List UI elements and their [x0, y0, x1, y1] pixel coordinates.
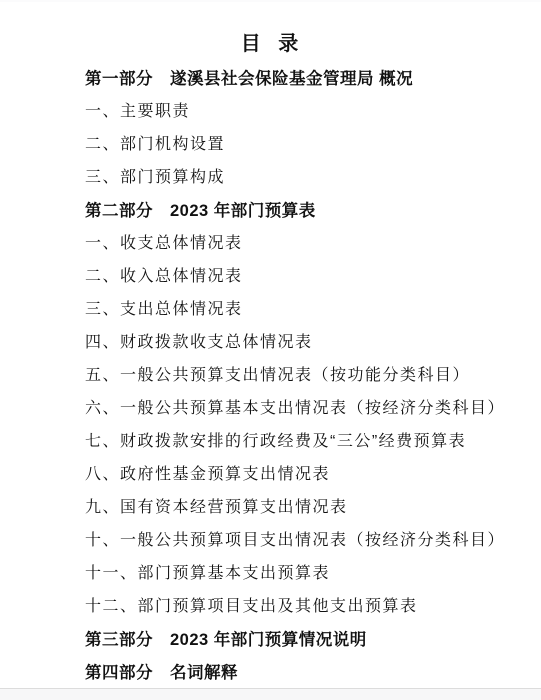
toc-part-heading: 第三部分 2023 年部门预算情况说明	[0, 621, 541, 654]
toc-title: 目 录	[0, 27, 541, 56]
toc-item: 四、财政拨款收支总体情况表	[0, 324, 541, 357]
toc-part-heading: 第四部分 名词解释	[0, 654, 541, 687]
toc-item: 一、收支总体情况表	[0, 225, 541, 258]
toc-item: 八、政府性基金预算支出情况表	[0, 456, 541, 489]
document-page: 目 录 第一部分 遂溪县社会保险基金管理局 概况一、主要职责二、部门机构设置三、…	[0, 0, 541, 700]
toc-item: 二、收入总体情况表	[0, 258, 541, 291]
toc-part-heading: 第二部分 2023 年部门预算表	[0, 192, 541, 225]
toc-item: 十一、部门预算基本支出预算表	[0, 555, 541, 588]
toc-list: 第一部分 遂溪县社会保险基金管理局 概况一、主要职责二、部门机构设置三、部门预算…	[0, 60, 541, 687]
toc-item: 二、部门机构设置	[0, 126, 541, 159]
toc-part-heading: 第一部分 遂溪县社会保险基金管理局 概况	[0, 60, 541, 93]
toc-item: 一、主要职责	[0, 93, 541, 126]
toc-item: 十、一般公共预算项目支出情况表（按经济分类科目）	[0, 522, 541, 555]
toc-item: 三、部门预算构成	[0, 159, 541, 192]
toc-item: 六、一般公共预算基本支出情况表（按经济分类科目）	[0, 390, 541, 423]
toc-item: 十二、部门预算项目支出及其他支出预算表	[0, 588, 541, 621]
toc-item: 七、财政拨款安排的行政经费及“三公”经费预算表	[0, 423, 541, 456]
page-top-edge	[0, 0, 541, 2]
toc-item: 五、一般公共预算支出情况表（按功能分类科目）	[0, 357, 541, 390]
page-boundary	[0, 688, 541, 700]
toc-item: 三、支出总体情况表	[0, 291, 541, 324]
toc-item: 九、国有资本经营预算支出情况表	[0, 489, 541, 522]
